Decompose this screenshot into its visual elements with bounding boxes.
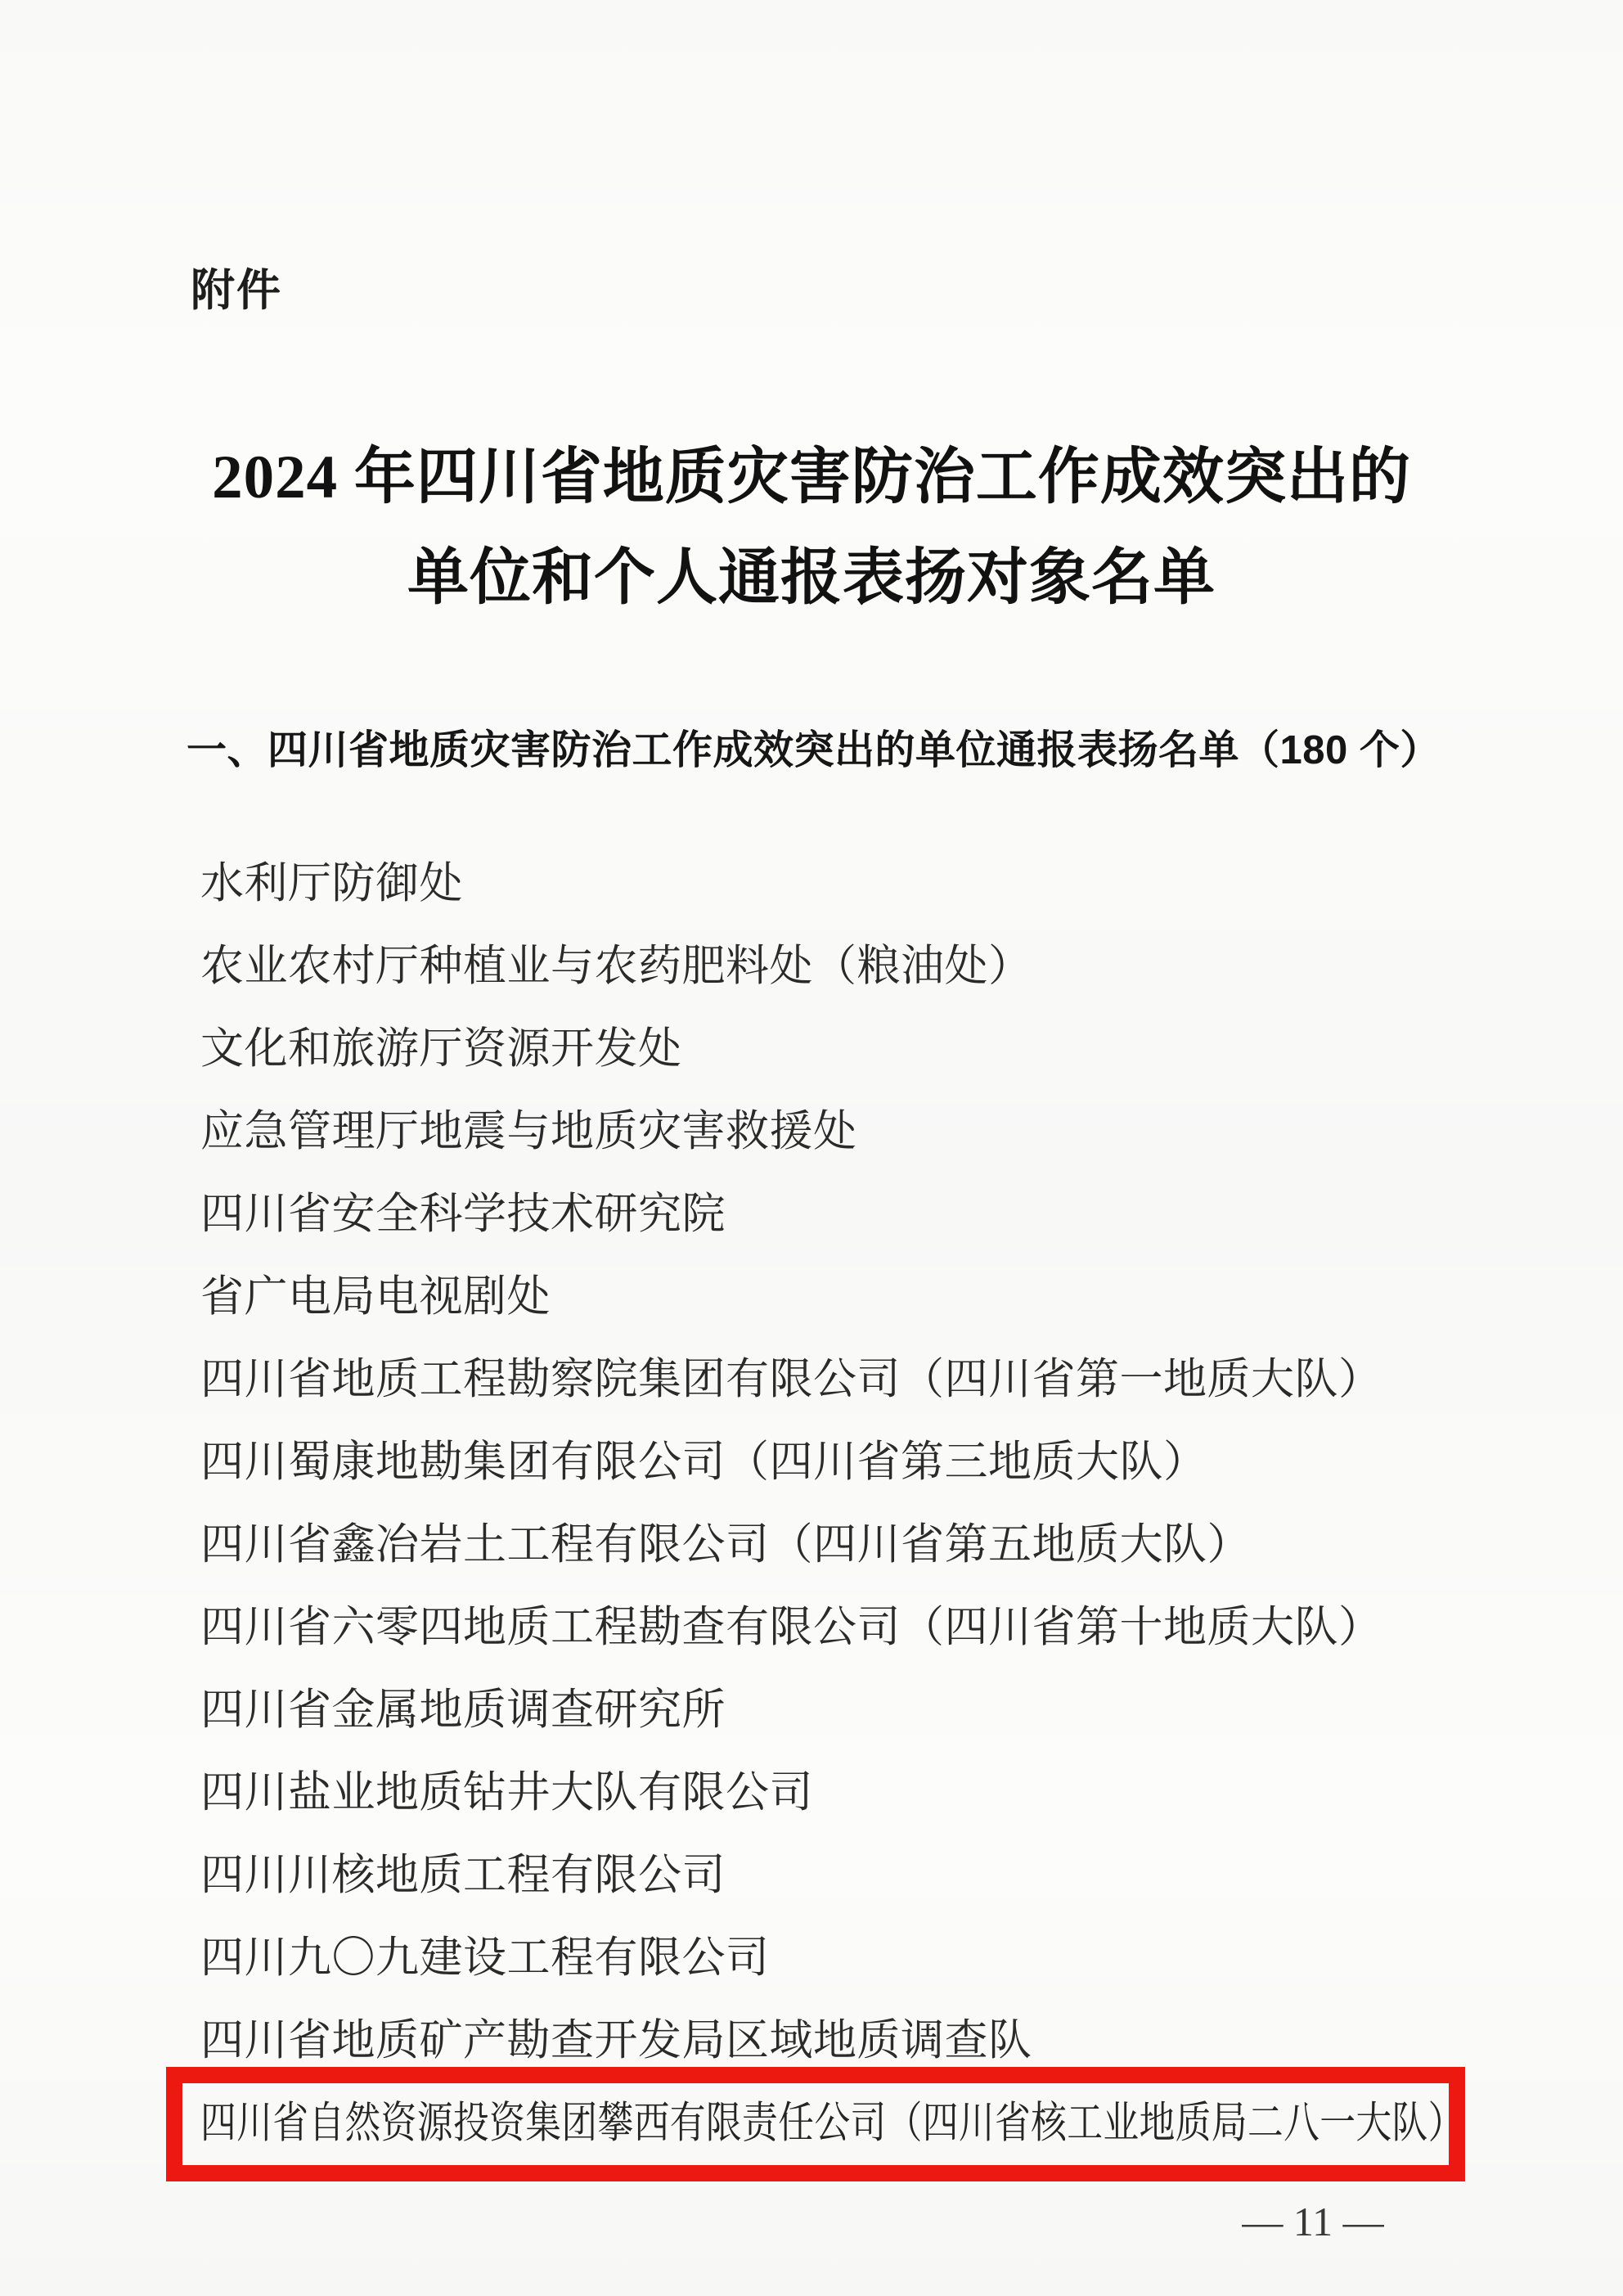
org-list: 水利厅防御处 农业农村厅种植业与农药肥料处（粮油处） 文化和旅游厅资源开发处 应… [200,838,1623,2160]
org-list-item: 四川省鑫冶岩土工程有限公司（四川省第五地质大队） [200,1499,1623,1582]
attachment-label: 附件 [191,266,282,315]
org-list-item: 四川九〇九建设工程有限公司 [200,1912,1623,1995]
org-list-item: 四川省六零四地质工程勘查有限公司（四川省第十地质大队） [200,1582,1623,1664]
org-list-item: 应急管理厅地震与地质灾害救援处 [200,1086,1623,1168]
document-title: 2024 年四川省地质灾害防治工作成效突出的 单位和个人通报表扬对象名单 [0,427,1623,628]
org-list-item: 农业农村厅种植业与农药肥料处（粮油处） [200,921,1623,1003]
org-list-item: 四川省地质矿产勘查开发局区域地质调查队 [200,1995,1623,2078]
document-page: 附件 2024 年四川省地质灾害防治工作成效突出的 单位和个人通报表扬对象名单 … [0,0,1623,2296]
document-title-line-1: 2024 年四川省地质灾害防治工作成效突出的 [0,427,1623,528]
org-list-item: 四川省安全科学技术研究院 [200,1168,1623,1251]
org-list-item: 文化和旅游厅资源开发处 [200,1003,1623,1086]
org-list-item: 四川川核地质工程有限公司 [200,1830,1623,1912]
page-number: — 11 — [1178,2198,1448,2245]
org-list-item: 四川盐业地质钻井大队有限公司 [200,1747,1623,1830]
section-heading: 一、四川省地质灾害防治工作成效突出的单位通报表扬名单（180 个） [187,723,1441,777]
org-list-item: 四川蜀康地勘集团有限公司（四川省第三地质大队） [200,1416,1623,1499]
document-title-line-2: 单位和个人通报表扬对象名单 [0,528,1623,628]
org-list-item: 省广电局电视剧处 [200,1251,1623,1334]
org-list-item: 水利厅防御处 [200,838,1623,921]
red-highlight-box [166,2067,1465,2181]
org-list-item: 四川省地质工程勘察院集团有限公司（四川省第一地质大队） [200,1334,1623,1416]
org-list-item: 四川省金属地质调查研究所 [200,1664,1623,1747]
